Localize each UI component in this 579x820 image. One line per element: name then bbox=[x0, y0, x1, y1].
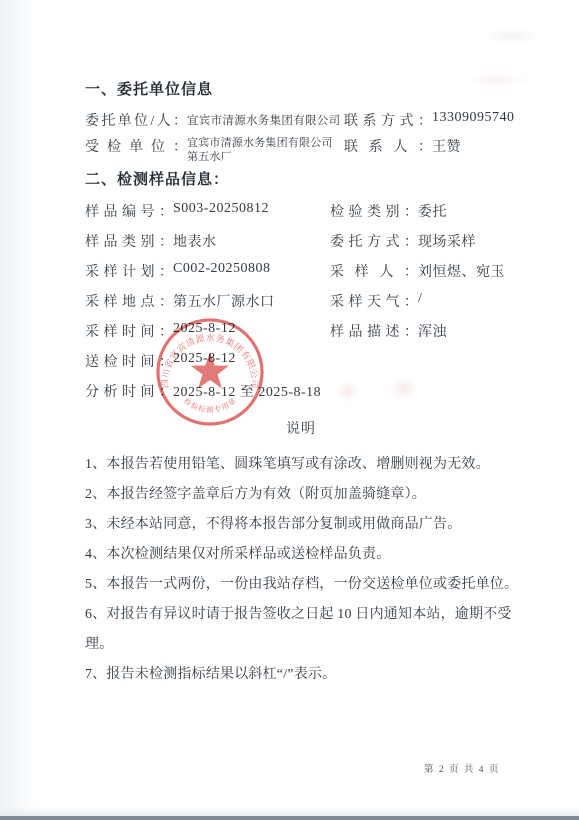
inspected-unit-row: 受检单位： 宜宾市清源水务集团有限公司 第五水厂 联系人： 王赞 bbox=[85, 136, 537, 164]
seal-bottom-text: 检验检测专用章 bbox=[182, 395, 239, 414]
scan-shade-bottom bbox=[0, 806, 579, 816]
scanned-report-page: 一、委托单位信息 委托单位/人： 宜宾市清源水务集团有限公司 联系方式： 133… bbox=[0, 0, 579, 820]
sampling-weather-label: 采样天气： bbox=[330, 291, 418, 311]
sampler-label: 采样人： bbox=[330, 261, 418, 281]
inspected-unit-line1: 宜宾市清源水务集团有限公司 bbox=[187, 137, 333, 149]
notes-list: 1、本报告若使用铅笔、圆珠笔填写或有涂改、增删则视为无效。 2、本报告经签字盖章… bbox=[85, 450, 537, 690]
report-body: 一、委托单位信息 bbox=[85, 78, 537, 109]
inspected-unit-line2: 第五水厂 bbox=[187, 151, 232, 163]
note-item-1: 1、本报告若使用铅笔、圆珠笔填写或有涂改、增删则视为无效。 bbox=[85, 450, 537, 480]
official-seal-graphic: 四川省宜宾清源水务集团有限公司监测站 检验检测专用章 bbox=[153, 315, 267, 429]
section2-title: 二、检测样品信息： bbox=[85, 168, 229, 189]
sample-description-value: 浑浊 bbox=[418, 321, 447, 341]
notes-title: 说明 bbox=[85, 418, 517, 438]
note-item-3: 3、未经本站同意，不得将本报告部分复制或用做商品广告。 bbox=[85, 510, 537, 540]
seal-star-icon bbox=[191, 352, 229, 388]
sampler-value: 刘恒煜、宛玉 bbox=[418, 261, 505, 281]
sample-id-value: S003-20250812 bbox=[173, 201, 269, 221]
sample-category-value: 地表水 bbox=[173, 231, 217, 251]
contact-method-value: 13309095740 bbox=[432, 110, 515, 130]
inspected-unit-label: 受检单位： bbox=[85, 136, 187, 164]
sample-info-row: 样品类别： 地表水 委托方式： 现场采样 bbox=[85, 231, 537, 251]
client-label: 委托单位/人： bbox=[85, 110, 187, 130]
contact-person-value: 王赞 bbox=[432, 136, 461, 156]
sampling-site-label: 采样地点： bbox=[85, 291, 173, 311]
inspection-type-value: 委托 bbox=[418, 201, 447, 221]
note-item-7: 7、报告未检测指标结果以斜杠“/”表示。 bbox=[85, 660, 537, 690]
section1-title: 一、委托单位信息 bbox=[85, 78, 537, 99]
scan-edge-left bbox=[0, 0, 36, 820]
contact-method-label: 联系方式： bbox=[344, 110, 432, 130]
sampling-site-value: 第五水厂源水口 bbox=[173, 291, 275, 311]
note-item-6: 6、对报告有异议时请于报告签收之日起 10 日内通知本站，逾期不受理。 bbox=[85, 600, 537, 660]
sample-category-label: 样品类别： bbox=[85, 231, 173, 251]
sample-info-row: 样品编号： S003-20250812 检验类别： 委托 bbox=[85, 201, 537, 221]
inspection-type-label: 检验类别： bbox=[330, 201, 418, 221]
sampling-plan-value: C002-20250808 bbox=[173, 261, 271, 281]
footer-page-number: 第 2 页 共 4 页 bbox=[424, 761, 500, 775]
svg-text:检验检测专用章: 检验检测专用章 bbox=[182, 395, 239, 414]
note-item-5: 5、本报告一式两份，一份由我站存档，一份交送检单位或委托单位。 bbox=[85, 570, 537, 600]
scan-edge-bottom bbox=[0, 816, 579, 820]
client-value: 宜宾市清源水务集团有限公司 bbox=[187, 110, 340, 130]
sample-info-row: 采样计划： C002-20250808 采样人： 刘恒煜、宛玉 bbox=[85, 261, 537, 281]
sample-description-label: 样品描述： bbox=[330, 321, 418, 341]
client-row: 委托单位/人： 宜宾市清源水务集团有限公司 联系方式： 13309095740 bbox=[85, 110, 537, 130]
sample-info-row: 采样地点： 第五水厂源水口 采样天气： / bbox=[85, 291, 537, 311]
note-item-4: 4、本次检测结果仅对所采样品或送检样品负责。 bbox=[85, 540, 537, 570]
sampling-weather-value: / bbox=[418, 291, 422, 311]
contact-person-label: 联系人： bbox=[344, 136, 432, 156]
sample-id-label: 样品编号： bbox=[85, 201, 173, 221]
commission-mode-label: 委托方式： bbox=[330, 231, 418, 251]
official-seal: 四川省宜宾清源水务集团有限公司监测站 检验检测专用章 bbox=[153, 315, 267, 429]
note-item-2: 2、本报告经签字盖章后方为有效（附页加盖骑缝章）。 bbox=[85, 480, 537, 510]
commission-mode-value: 现场采样 bbox=[418, 231, 476, 251]
sampling-plan-label: 采样计划： bbox=[85, 261, 173, 281]
inspected-unit-value: 宜宾市清源水务集团有限公司 第五水厂 bbox=[187, 136, 344, 164]
